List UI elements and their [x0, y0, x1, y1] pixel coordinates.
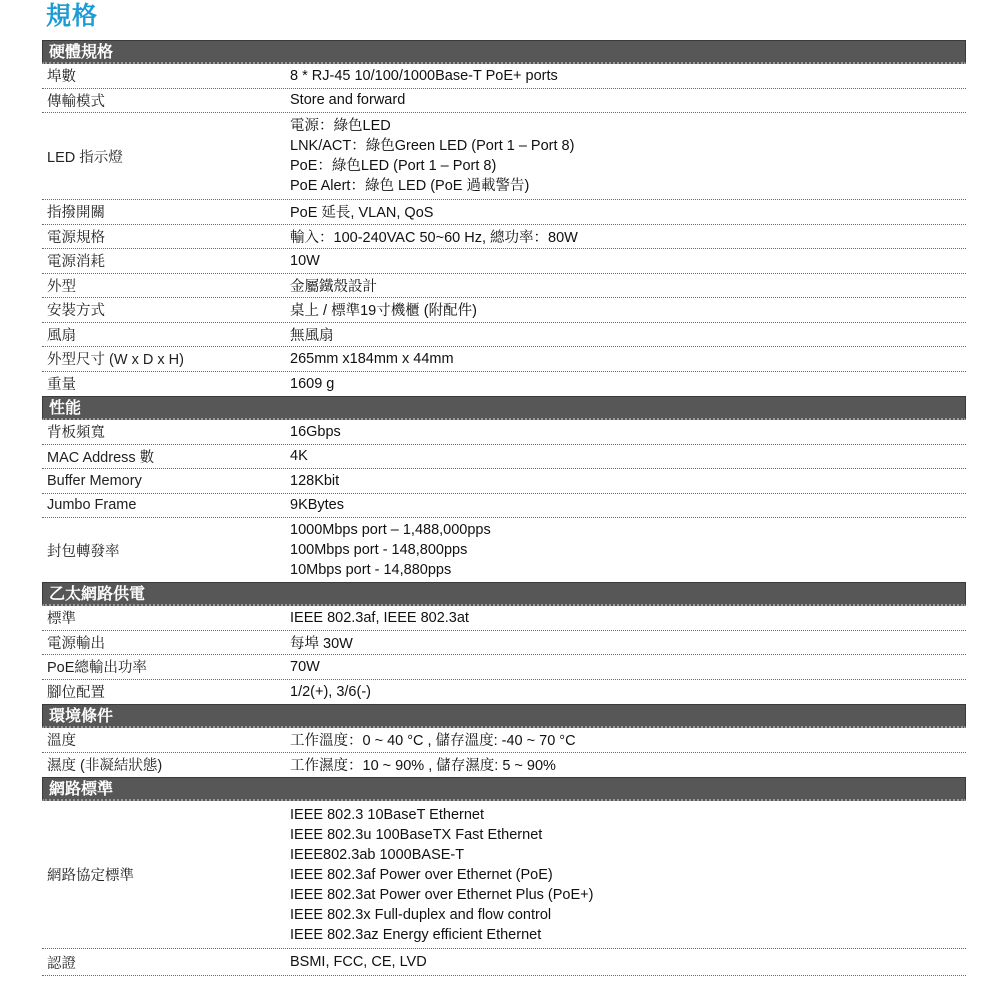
spec-label: 認證 — [42, 952, 290, 973]
spec-value: 工作溫度：0 ~ 40 °C , 儲存溫度: -40 ~ 70 °C — [290, 729, 966, 750]
spec-row-transmission-mode: 傳輸模式 Store and forward — [42, 89, 966, 114]
spec-value: 輸入：100-240VAC 50~60 Hz, 總功率：80W — [290, 226, 966, 247]
spec-row-mac-address: MAC Address 數 4K — [42, 445, 966, 470]
spec-label: 埠數 — [42, 65, 290, 86]
spec-value: 每埠 30W — [290, 632, 966, 653]
spec-value: 1/2(+), 3/6(-) — [290, 684, 966, 700]
section-header-hardware: 硬體規格 — [42, 40, 966, 64]
spec-value-line: IEEE 802.3x Full-duplex and flow control — [290, 905, 966, 925]
spec-value: 70W — [290, 659, 966, 675]
spec-row-pin-assignment: 腳位配置 1/2(+), 3/6(-) — [42, 680, 966, 705]
spec-row-jumbo-frame: Jumbo Frame 9KBytes — [42, 494, 966, 519]
spec-value-line: IEEE 802.3af Power over Ethernet (PoE) — [290, 865, 966, 885]
spec-label: Jumbo Frame — [42, 497, 290, 513]
spec-value: 1000Mbps port – 1,488,000pps 100Mbps por… — [290, 520, 966, 580]
spec-value: Store and forward — [290, 92, 966, 108]
spec-label: 腳位配置 — [42, 681, 290, 702]
spec-value: BSMI, FCC, CE, LVD — [290, 954, 966, 970]
spec-value: PoE 延長, VLAN, QoS — [290, 201, 966, 222]
spec-row-protocol-standards: 網路協定標準 IEEE 802.3 10BaseT Ethernet IEEE … — [42, 801, 966, 949]
spec-row-power-consumption: 電源消耗 10W — [42, 249, 966, 274]
spec-row-mounting: 安裝方式 桌上 / 標準19寸機櫃 (附配件) — [42, 298, 966, 323]
spec-row-humidity: 濕度 (非凝結狀態) 工作濕度：10 ~ 90% , 儲存濕度: 5 ~ 90% — [42, 753, 966, 778]
spec-value: 電源：綠色LED LNK/ACT：綠色Green LED (Port 1 – P… — [290, 116, 966, 196]
spec-value: 金屬鐵殼設計 — [290, 275, 966, 296]
spec-value-line: IEEE 802.3u 100BaseTX Fast Ethernet — [290, 825, 966, 845]
spec-label: 重量 — [42, 373, 290, 394]
section-header-network-standards: 網路標準 — [42, 777, 966, 801]
spec-value: 無風扇 — [290, 324, 966, 345]
section-header-performance: 性能 — [42, 396, 966, 420]
spec-value: 9KBytes — [290, 497, 966, 513]
spec-row-fan: 風扇 無風扇 — [42, 323, 966, 348]
spec-row-enclosure: 外型 金屬鐵殼設計 — [42, 274, 966, 299]
spec-value-line: IEEE 802.3 10BaseT Ethernet — [290, 805, 966, 825]
spec-label: 電源輸出 — [42, 632, 290, 653]
spec-label: 標準 — [42, 607, 290, 628]
spec-row-ports: 埠數 8 * RJ-45 10/100/1000Base-T PoE+ port… — [42, 64, 966, 89]
spec-label: LED 指示燈 — [42, 146, 290, 167]
spec-value-line: 10Mbps port - 14,880pps — [290, 560, 966, 580]
spec-label: 電源消耗 — [42, 250, 290, 271]
spec-row-poe-standard: 標準 IEEE 802.3af, IEEE 802.3at — [42, 606, 966, 631]
spec-value: 桌上 / 標準19寸機櫃 (附配件) — [290, 299, 966, 320]
spec-value: IEEE 802.3 10BaseT Ethernet IEEE 802.3u … — [290, 805, 966, 945]
spec-value: IEEE 802.3af, IEEE 802.3at — [290, 610, 966, 626]
section-header-poe: 乙太網路供電 — [42, 582, 966, 606]
spec-row-power-output: 電源輸出 每埠 30W — [42, 631, 966, 656]
spec-value-line: PoE：綠色LED (Port 1 – Port 8) — [290, 156, 966, 176]
spec-row-power-spec: 電源規格 輸入：100-240VAC 50~60 Hz, 總功率：80W — [42, 225, 966, 250]
spec-label: 濕度 (非凝結狀態) — [42, 754, 290, 775]
spec-label: 網路協定標準 — [42, 864, 290, 885]
spec-value: 工作濕度：10 ~ 90% , 儲存濕度: 5 ~ 90% — [290, 754, 966, 775]
section-header-environment: 環境條件 — [42, 704, 966, 728]
spec-value: 16Gbps — [290, 424, 966, 440]
spec-row-buffer-memory: Buffer Memory 128Kbit — [42, 469, 966, 494]
spec-value: 265mm x184mm x 44mm — [290, 351, 966, 367]
spec-value: 1609 g — [290, 376, 966, 392]
spec-row-forwarding-rate: 封包轉發率 1000Mbps port – 1,488,000pps 100Mb… — [42, 518, 966, 582]
spec-row-dimensions: 外型尺寸 (W x D x H) 265mm x184mm x 44mm — [42, 347, 966, 372]
spec-value-line: 100Mbps port - 148,800pps — [290, 540, 966, 560]
spec-value-line: IEEE 802.3az Energy efficient Ethernet — [290, 925, 966, 945]
spec-row-led: LED 指示燈 電源：綠色LED LNK/ACT：綠色Green LED (Po… — [42, 113, 966, 200]
spec-label: 外型尺寸 (W x D x H) — [42, 348, 290, 369]
spec-row-dip-switch: 指撥開關 PoE 延長, VLAN, QoS — [42, 200, 966, 225]
spec-row-backplane: 背板頻寬 16Gbps — [42, 420, 966, 445]
spec-label: 外型 — [42, 275, 290, 296]
page-title: 規格 — [46, 1, 98, 31]
spec-row-temperature: 溫度 工作溫度：0 ~ 40 °C , 儲存溫度: -40 ~ 70 °C — [42, 728, 966, 753]
spec-value-line: 電源：綠色LED — [290, 116, 966, 136]
spec-row-poe-budget: PoE總輸出功率 70W — [42, 655, 966, 680]
spec-label: 傳輸模式 — [42, 90, 290, 111]
spec-value: 128Kbit — [290, 473, 966, 489]
spec-table: 硬體規格 埠數 8 * RJ-45 10/100/1000Base-T PoE+… — [42, 40, 966, 976]
spec-label: 背板頻寬 — [42, 421, 290, 442]
spec-value-line: LNK/ACT：綠色Green LED (Port 1 – Port 8) — [290, 136, 966, 156]
spec-label: MAC Address 數 — [42, 446, 290, 467]
spec-value: 4K — [290, 448, 966, 464]
spec-value: 8 * RJ-45 10/100/1000Base-T PoE+ ports — [290, 68, 966, 84]
spec-value-line: IEEE 802.3at Power over Ethernet Plus (P… — [290, 885, 966, 905]
spec-value-line: PoE Alert：綠色 LED (PoE 過載警告) — [290, 176, 966, 196]
spec-label: Buffer Memory — [42, 473, 290, 489]
spec-row-certification: 認證 BSMI, FCC, CE, LVD — [42, 949, 966, 976]
spec-row-weight: 重量 1609 g — [42, 372, 966, 397]
spec-label: 封包轉發率 — [42, 540, 290, 561]
spec-label: 溫度 — [42, 729, 290, 750]
spec-label: 安裝方式 — [42, 299, 290, 320]
spec-label: 風扇 — [42, 324, 290, 345]
spec-value-line: 1000Mbps port – 1,488,000pps — [290, 520, 966, 540]
spec-value: 10W — [290, 253, 966, 269]
spec-label: 指撥開關 — [42, 201, 290, 222]
spec-label: PoE總輸出功率 — [42, 656, 290, 677]
spec-label: 電源規格 — [42, 226, 290, 247]
spec-value-line: IEEE802.3ab 1000BASE-T — [290, 845, 966, 865]
